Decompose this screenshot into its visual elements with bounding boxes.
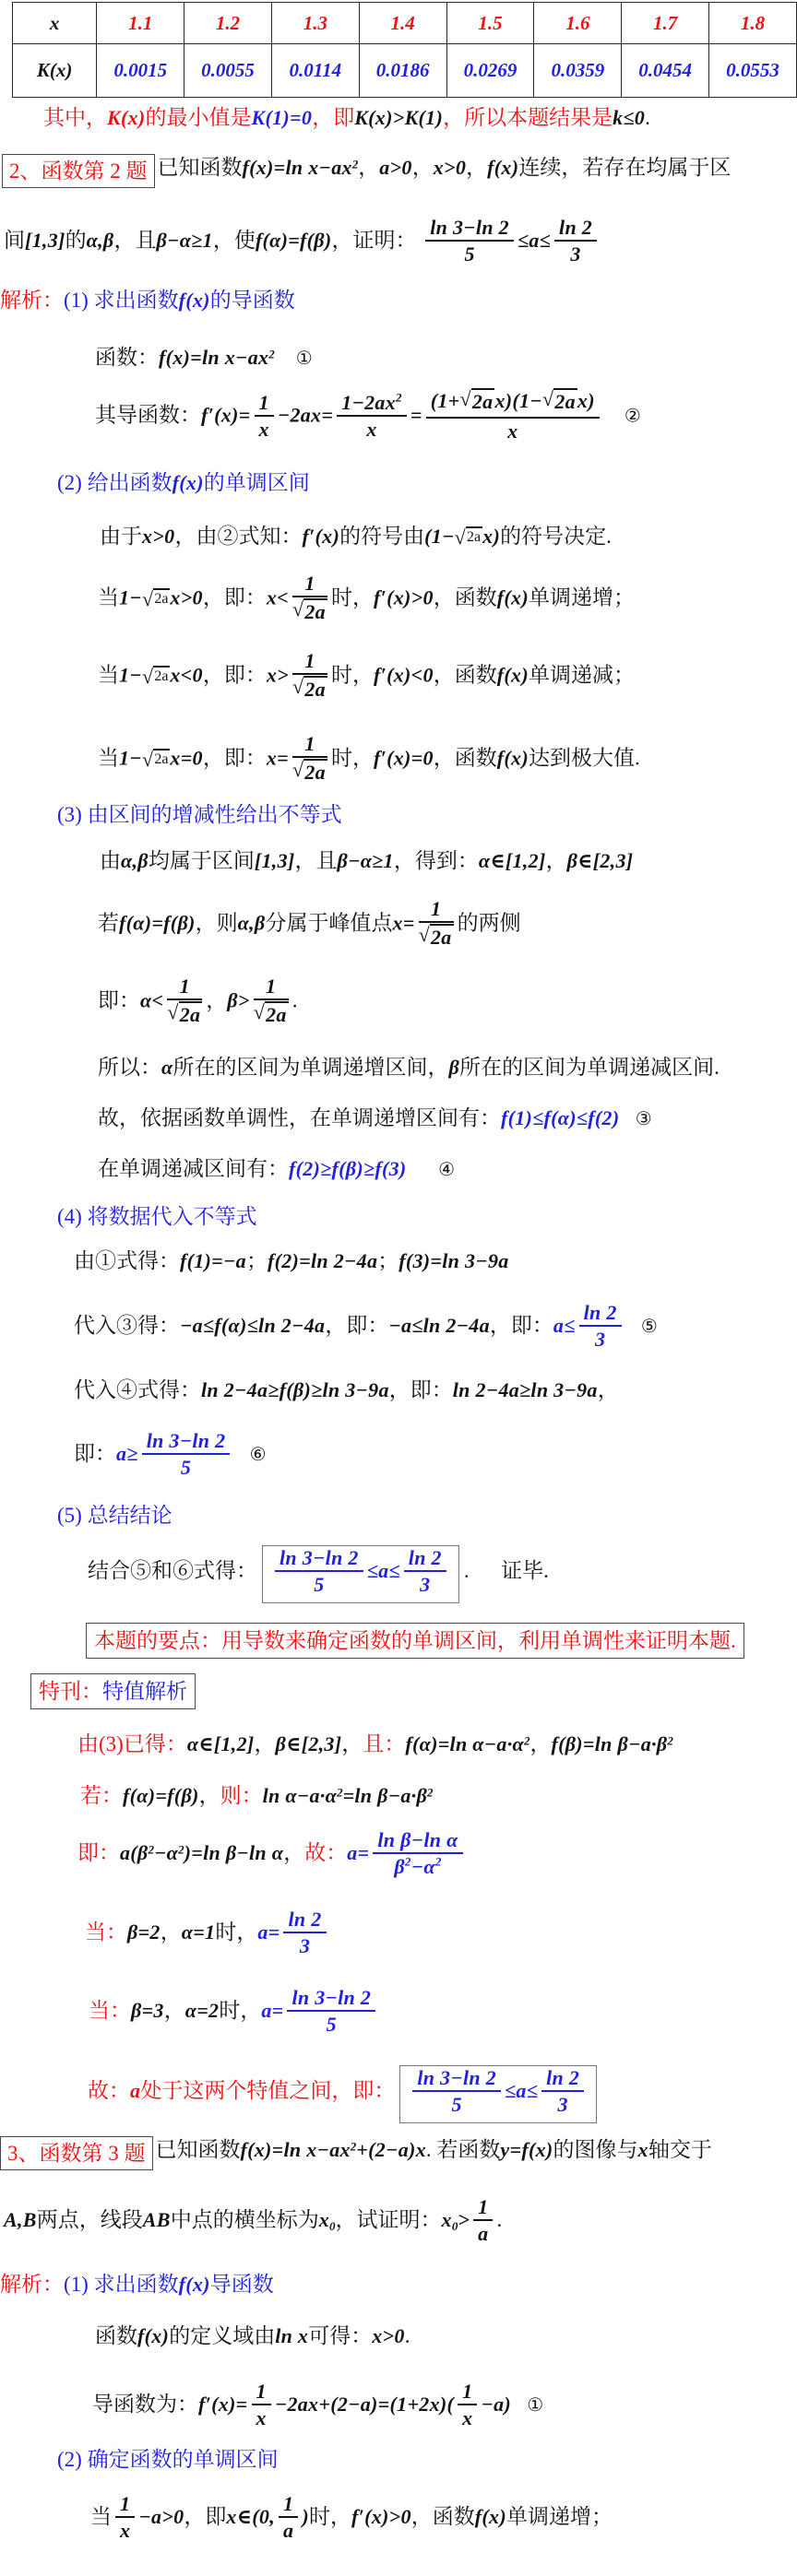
radical-sign: √ (142, 749, 153, 771)
text-run: ， (199, 1784, 220, 1807)
math-run: f(x) (172, 471, 204, 494)
math-run: f′(x)= (198, 2393, 248, 2416)
math-run: =ln β−a·β (343, 1784, 427, 1807)
doc-line-39: (2) 确定函数的单调区间 (57, 2445, 279, 2474)
text-run: ， (341, 1732, 363, 1755)
radicand: 2a (303, 598, 327, 623)
math-run: −a≤ln 2−4a (388, 1314, 490, 1337)
math-run: x> (267, 664, 289, 687)
fraction-numerator: ln 2 (404, 1546, 446, 1572)
text-run: 则： (220, 1784, 263, 1807)
fraction-denominator: x (337, 417, 407, 441)
math-run: K(x) (107, 106, 146, 129)
sqrt-radical: √2a (167, 1001, 202, 1026)
table-x-value: 1.3 (271, 3, 359, 44)
note-box: 特刊：特值解析 (30, 1673, 196, 1709)
table-kx-value: 0.0015 (97, 44, 184, 98)
math-run: x>0 (170, 586, 202, 609)
text-run: 当 (98, 747, 119, 770)
radical-sign: √ (292, 598, 303, 620)
text-run: 若 (98, 912, 119, 935)
text-run: 时， (331, 747, 374, 770)
doc-line-37: 函数f(x)的定义域由ln x可得：x>0. (95, 2322, 410, 2350)
math-run: α∈[1,2] (187, 1732, 255, 1755)
doc-line-32: 当：β=3，α=2时，a=ln 3−ln 25 (89, 1989, 379, 2039)
fraction: ln 23 (579, 1301, 622, 1352)
math-run: f(x) (497, 747, 529, 770)
math-run: x (319, 2208, 329, 2231)
fraction-denominator: √2a (292, 758, 327, 786)
math-run: 1− (119, 747, 142, 770)
math-run: α,β (87, 229, 114, 252)
radicand: 2a (303, 676, 327, 701)
math-run: α,β (238, 912, 266, 935)
text-run: 达到极大值. (529, 747, 640, 770)
text-run: 由(3)已得： (77, 1732, 187, 1755)
fraction-numerator: 1 (115, 2492, 135, 2518)
doc-line-31: 当：β=2，α=1时，a=ln 23 (85, 1910, 330, 1961)
table-kx-value: 0.0454 (622, 44, 709, 98)
fraction-numerator: 1 (473, 2195, 493, 2221)
text-run: 2、函数第 2 题 (9, 160, 148, 183)
text-run: 时， (331, 586, 374, 609)
math-run: f(x)=ln x−ax (159, 346, 268, 369)
math-run: f(x) (487, 156, 518, 179)
text-run: 且： (363, 1732, 405, 1755)
fraction-numerator: 1 (458, 2380, 477, 2405)
math-run: x< (267, 586, 289, 609)
math-run: x∈(0, (226, 2505, 275, 2528)
text-run: 的两侧 (458, 912, 521, 935)
math-run: f(x) (497, 664, 529, 687)
superscript: 2 (427, 1786, 434, 1800)
fraction-numerator: 1 (419, 897, 454, 923)
math-run: −2ax= (278, 404, 333, 427)
text-run: 故： (304, 1841, 347, 1864)
fraction-numerator: ln β−ln α (373, 1828, 462, 1854)
math-run: f′(x) (302, 525, 339, 548)
radicand: 2a (153, 749, 170, 768)
math-run: K(1)=0 (252, 106, 313, 129)
table-row-header-kx: K(x) (13, 44, 97, 98)
superscript: 2 (667, 1734, 673, 1748)
text-run: 的图像与 (553, 2138, 638, 2161)
text-run: 所在的区间为单调递减区间. (459, 1056, 720, 1079)
math-run: x>0 (142, 525, 174, 548)
math-run: β−α≥1 (338, 849, 394, 872)
text-run: 时， (309, 2505, 351, 2528)
formula-box: ln 3−ln 25≤a≤ln 23 (262, 1545, 459, 1603)
section-heading-box: 3、函数第 3 题 (0, 2136, 153, 2170)
fraction-denominator: 5 (287, 2012, 375, 2036)
text-run: 导函数 (210, 2273, 274, 2296)
math-run: ≤a≤ (505, 2079, 538, 2102)
text-run: 当 (98, 664, 119, 687)
doc-line-1: 其中，K(x)的最小值是K(1)=0，即K(x)>K(1)，所以本题结果是k≤0… (43, 103, 650, 132)
radical-sign: √ (292, 676, 303, 698)
fraction-numerator: (1+√2ax)(1−√2ax) (426, 389, 600, 419)
circled-number: ⑥ (250, 1443, 267, 1465)
math-run: x>0 (372, 2324, 404, 2347)
doc-line-40: 当1x−a>0，即x∈(0,1a)时，f′(x)>0，函数f(x)单调递增； (90, 2495, 613, 2546)
text-run: 代入④式得： (74, 1378, 201, 1401)
superscript: 2 (435, 1855, 442, 1869)
doc-line-11: 当1−√2ax=0，即：x=1√2a时，f′(x)=0，函数f(x)达到极大值. (98, 735, 640, 788)
math-run: f′(x)>0 (374, 586, 434, 609)
fraction: ln 23 (554, 216, 597, 266)
math-run: α=2 (185, 1999, 220, 2022)
doc-line-17: 故，依据函数单调性，在单调递增区间有：f(1)≤f(α)≤f(2) ③ (98, 1104, 652, 1132)
text-run: ， (546, 849, 567, 872)
doc-line-3: 间[1,3]的α,β，且β−α≥1，使f(α)=f(β)，证明： ln 3−ln… (4, 219, 601, 269)
text-run: 即： (74, 1442, 116, 1465)
fraction-denominator: 3 (541, 2092, 584, 2116)
text-run: 其中， (43, 106, 107, 129)
fraction-numerator: 1 (279, 2492, 298, 2518)
math-run: f(x) (179, 2273, 210, 2296)
fraction: 1√2a (167, 975, 202, 1028)
doc-line-13: 由α,β均属于区间[1,3]，且β−α≥1，得到：α∈[1,2]，β∈[2,3] (100, 846, 633, 875)
text-run: 已知函数 (156, 2138, 241, 2161)
fraction-numerator: 1 (255, 391, 274, 417)
fraction: 1−2ax2x (337, 391, 407, 442)
fraction: ln β−ln αβ2−α2 (373, 1828, 462, 1879)
doc-line-14: 若f(α)=f(β)，则α,β分属于峰值点x=1√2a的两侧 (98, 900, 521, 953)
table-x-value: 1.1 (97, 3, 184, 44)
fraction-denominator: 3 (554, 242, 597, 266)
doc-line-12: (3) 由区间的增减性给出不等式 (57, 800, 342, 829)
radicand: 2a (471, 388, 495, 413)
doc-line-35: A,B两点，线段AB中点的横坐标为x0，试证明：x0>1a. (4, 2198, 502, 2249)
text-run: ，函数 (434, 664, 497, 687)
text-run: ，即： (490, 1314, 553, 1337)
text-run: ，试证明： (336, 2208, 442, 2231)
fraction: 1√2a (419, 897, 454, 951)
text-run: ，所以本题结果是 (443, 106, 613, 129)
text-run: 特值解析 (102, 1680, 187, 1703)
math-run: ln 2−4a≥ln 3−9a (453, 1378, 598, 1401)
math-run: )=ln β−ln α (184, 1841, 284, 1864)
math-run: α,β (121, 849, 149, 872)
text-run: 在单调递减区间有： (98, 1157, 289, 1180)
fraction-numerator: ln 2 (579, 1301, 622, 1327)
text-run: 的最小值是 (146, 106, 252, 129)
fraction: ln 3−ln 25 (425, 216, 514, 266)
text-run: . 证毕. (464, 1559, 549, 1582)
text-run: 即： (77, 1841, 120, 1864)
fraction: 1a (473, 2195, 493, 2246)
text-run: 的符号由 (339, 525, 424, 548)
radical-sign: √ (142, 666, 153, 688)
text-run: ， (164, 1999, 185, 2022)
text-run: 两点，线段 (37, 2208, 143, 2231)
table-x-value: 1.6 (534, 3, 622, 44)
math-run: f(1)=−a (180, 1249, 246, 1272)
fraction-denominator: β2−α2 (373, 1854, 462, 1878)
doc-line-20: 由①式得：f(1)=−a；f(2)=ln 2−4a；f(3)=ln 3−9a (74, 1247, 509, 1275)
radicand: 2a (179, 1001, 203, 1026)
math-run: a>0 (379, 156, 411, 179)
doc-line-2: 2、函数第 2 题已知函数f(x)=ln x−ax2，a>0，x>0，f(x)连… (2, 153, 731, 188)
radicand: 2a (466, 526, 482, 546)
text-run: . 若函数 (426, 2138, 501, 2161)
math-run: f(α)=ln α−a·α (405, 1732, 524, 1755)
math-run: β (448, 1056, 459, 1079)
math-run: x) (577, 389, 595, 412)
table-kx-value: 0.0269 (446, 44, 534, 98)
math-run: ln 2−4a≥f(β)≥ln 3−9a (201, 1378, 389, 1401)
text-run: ，证明： (332, 229, 422, 252)
math-run: α∈[1,2] (479, 849, 546, 872)
fraction: 1√2a (292, 649, 327, 703)
table-kx-value: 0.0553 (709, 44, 797, 98)
text-run: (1) 求出函数 (64, 289, 179, 312)
sqrt-radical: √2a (455, 526, 482, 549)
fraction: 1x (252, 2380, 271, 2430)
text-run: ，即 (312, 106, 354, 129)
doc-line-4: 解析：(1) 求出函数f(x)的导函数 (0, 286, 295, 314)
math-run: k≤0 (613, 106, 645, 129)
fraction: ln 23 (404, 1546, 446, 1597)
text-run: 所以： (98, 1056, 161, 1079)
text-run (625, 1314, 641, 1337)
text-run: 导函数为： (92, 2393, 198, 2416)
text-run (603, 404, 625, 427)
text-run: 轴交于 (648, 2138, 712, 2161)
text-run: 即： (98, 989, 140, 1012)
fraction-denominator: √2a (292, 597, 327, 625)
math-run: (1+ (431, 389, 460, 412)
math-run: x= (267, 747, 289, 770)
table-x-value: 1.4 (359, 3, 446, 44)
math-run: f(α)=f(β) (256, 229, 332, 252)
fraction: 1√2a (292, 732, 327, 786)
note-box: 本题的要点：用导数来确定函数的单调区间，利用单调性来证明本题. (86, 1623, 744, 1659)
text-run (233, 1442, 249, 1465)
fraction-numerator: ln 2 (541, 2066, 584, 2092)
formula-box: ln 3−ln 25≤a≤ln 23 (399, 2065, 597, 2123)
text-run: ，函数 (434, 586, 497, 609)
text-run (275, 346, 296, 369)
radicand: 2a (430, 924, 454, 949)
fraction: ln 23 (283, 1908, 326, 1958)
sqrt-radical: √2a (292, 759, 327, 784)
table-row-header-x: x (13, 3, 97, 44)
doc-line-26: 本题的要点：用导数来确定函数的单调区间，利用单调性来证明本题. (86, 1623, 744, 1659)
doc-line-9: 当1−√2ax>0，即：x<1√2a时，f′(x)>0，函数f(x)单调递增； (98, 574, 635, 628)
text-run: 当： (85, 1920, 127, 1944)
text-run: 由①式得： (74, 1249, 180, 1272)
fraction-denominator: x (115, 2518, 135, 2542)
fraction-denominator: x (458, 2405, 477, 2429)
fraction-denominator: 5 (425, 242, 514, 266)
text-run: ， (466, 156, 487, 179)
fraction-denominator: x (255, 417, 274, 441)
table-x-value: 1.7 (622, 3, 709, 44)
math-run: f(x) (137, 2324, 169, 2347)
superscript: 2 (396, 390, 402, 404)
radical-sign: √ (142, 588, 153, 610)
fraction: ln 3−ln 25 (287, 1986, 375, 2037)
doc-line-34: 3、函数第 3 题已知函数f(x)=ln x−ax2+(2−a)x. 若函数y=… (0, 2135, 712, 2170)
fraction-denominator: 3 (404, 1572, 446, 1596)
doc-line-21: 代入③得：−a≤f(α)≤ln 2−4a，即：−a≤ln 2−4a，即：a≤ln… (74, 1304, 658, 1354)
radicand: 2a (153, 588, 170, 608)
math-run: α (161, 1056, 172, 1079)
fraction: ln 23 (541, 2066, 584, 2117)
text-run: ， (283, 1841, 304, 1864)
circled-number: ① (527, 2393, 543, 2416)
text-run: 故，依据函数单调性，在单调递增区间有： (98, 1106, 501, 1129)
math-run: −2ax+(2−a)=(1+2x)( (275, 2393, 454, 2416)
doc-line-27: 特刊：特值解析 (30, 1673, 196, 1709)
text-run: 的单调区间 (204, 471, 310, 494)
text-run: 本题的要点：用导数来确定函数的单调区间，利用单调性来证明本题. (94, 1629, 736, 1652)
fraction-numerator: ln 2 (554, 216, 597, 242)
radical-sign: √ (455, 526, 466, 549)
doc-line-29: 若：f(α)=f(β)，则：ln α−a·α2=ln β−a·β2 (80, 1781, 434, 1810)
text-run: ； (246, 1249, 268, 1272)
fraction-denominator: √2a (167, 1000, 202, 1028)
fraction-numerator: 1 (254, 975, 289, 1000)
fraction: ln 3−ln 25 (275, 1546, 363, 1597)
doc-line-7: (2) 给出函数f(x)的单调区间 (57, 468, 310, 497)
math-run: x= (392, 912, 414, 935)
text-run: 分属于峰值点 (265, 912, 392, 935)
text-run (511, 2393, 527, 2416)
doc-line-23: 即：a≥ln 3−ln 25 ⑥ (74, 1432, 267, 1483)
fraction-numerator: ln 3−ln 2 (425, 216, 514, 242)
text-run: 结合⑤和⑥式得： (88, 1559, 257, 1582)
math-run: x<0 (170, 664, 202, 687)
doc-line-24: (5) 总结结论 (57, 1501, 172, 1530)
math-run: 1− (119, 586, 142, 609)
text-run: 的导函数 (210, 289, 295, 312)
math-run: ≤a≤ (517, 229, 551, 252)
text-run: 已知函数 (158, 156, 243, 179)
text-run: ， (255, 1732, 276, 1755)
doc-line-36: 解析：(1) 求出函数f(x)导函数 (0, 2270, 274, 2298)
sqrt-radical: √2a (542, 388, 577, 413)
math-run: β∈[2,3] (567, 849, 634, 872)
text-run: (4) 将数据代入不等式 (57, 1205, 257, 1228)
text-run: ，即： (325, 1314, 388, 1337)
radicand: 2a (153, 666, 170, 685)
radical-sign: √ (254, 1001, 265, 1023)
radical-sign: √ (459, 388, 470, 410)
text-run: 所在的区间为单调递增区间， (172, 1056, 448, 1079)
text-run: ，即： (203, 747, 267, 770)
text-run: 3、函数第 3 题 (7, 2142, 146, 2165)
text-run: 的 (65, 229, 87, 252)
fraction-denominator: a (473, 2221, 493, 2245)
math-run: f(3)=ln 3−9a (398, 1249, 508, 1272)
sqrt-radical: √2a (292, 676, 327, 701)
math-run: = (410, 404, 422, 427)
math-run: > (458, 2208, 470, 2231)
doc-line-5: 函数：f(x)=ln x−ax2 ① (95, 343, 313, 372)
text-run (619, 1106, 635, 1129)
fraction: 1x (458, 2380, 477, 2430)
doc-line-25: 结合⑤和⑥式得：ln 3−ln 25≤a≤ln 23. 证毕. (88, 1545, 549, 1603)
table-kx-value: 0.0186 (359, 44, 446, 98)
math-run: (1− (424, 525, 455, 548)
fraction-denominator: x (252, 2405, 271, 2429)
math-run: α< (140, 989, 163, 1012)
text-run: 时， (219, 1999, 261, 2022)
text-run: (2) 给出函数 (57, 471, 172, 494)
sqrt-radical: √2a (142, 749, 170, 771)
sqrt-radical: √2a (292, 598, 327, 623)
math-run: x) (482, 525, 500, 548)
text-run: 单调递增； (506, 2505, 613, 2528)
text-run: . (496, 2208, 502, 2231)
fraction: 1x (115, 2492, 135, 2543)
math-run: f(1)≤f(α)≤f(2) (501, 1106, 619, 1129)
text-run: 由于 (100, 525, 142, 548)
math-run: K(x)>K(1) (354, 106, 443, 129)
math-run: [1,3] (255, 849, 295, 872)
fraction-denominator: 5 (142, 1455, 231, 1479)
radical-sign: √ (542, 388, 553, 410)
math-run: β−α≥1 (157, 229, 213, 252)
math-run: f(x)=ln x−ax (243, 156, 352, 179)
circled-number: ⑤ (641, 1315, 658, 1337)
doc-line-19: (4) 将数据代入不等式 (57, 1202, 257, 1231)
text-run: 可得： (308, 2324, 372, 2347)
fraction-numerator: ln 3−ln 2 (142, 1429, 231, 1455)
text-run: ，即： (389, 1378, 453, 1401)
fraction-denominator: x (426, 419, 600, 443)
text-run: ，即： (203, 586, 267, 609)
text-run: 代入③得： (74, 1314, 180, 1337)
math-run: f(x)=ln x−ax (241, 2138, 351, 2161)
text-run: 的定义域由 (169, 2324, 275, 2347)
doc-line-8: 由于x>0，由②式知：f′(x)的符号由(1−√2ax)的符号决定. (100, 522, 612, 550)
fraction: 1√2a (292, 572, 327, 625)
text-run: ，使 (213, 229, 256, 252)
doc-line-28: 由(3)已得：α∈[1,2]，β∈[2,3]，且：f(α)=ln α−a·α2，… (77, 1730, 673, 1758)
text-run: 解析： (0, 2273, 64, 2296)
math-run: AB (143, 2208, 171, 2231)
text-run: 当 (98, 586, 119, 609)
sqrt-radical: √2a (419, 924, 454, 949)
fraction-denominator: 5 (412, 2092, 501, 2116)
math-run: f(2)=ln 2−4a (268, 1249, 377, 1272)
text-run: 故： (88, 2079, 130, 2102)
text-run: ，由②式知： (174, 525, 302, 548)
math-run: f(x) (475, 2505, 506, 2528)
sqrt-radical: √2a (142, 666, 170, 688)
text-run: ， (206, 989, 227, 1012)
math-run: f′(x)>0 (351, 2505, 411, 2528)
doc-line-18: 在单调递减区间有：f(2)≥f(β)≥f(3) ④ (98, 1154, 455, 1183)
fraction: 1x (255, 391, 274, 442)
radicand: 2a (265, 1001, 289, 1026)
text-run: (3) 由区间的增减性给出不等式 (57, 803, 342, 826)
fraction: 1√2a (254, 975, 289, 1028)
math-run: f(α)=f(β) (119, 912, 196, 935)
text-run: ，函数 (434, 747, 497, 770)
circled-number: ④ (438, 1158, 455, 1180)
math-run: β=3 (131, 1999, 164, 2022)
math-run: f(β)=ln β−a·β (551, 1732, 667, 1755)
text-run: ，函数 (411, 2505, 475, 2528)
text-run: 解析： (0, 289, 64, 312)
fraction-numerator: ln 3−ln 2 (412, 2066, 501, 2092)
fraction-numerator: 1 (252, 2380, 271, 2405)
fraction-numerator: 1 (292, 572, 327, 597)
